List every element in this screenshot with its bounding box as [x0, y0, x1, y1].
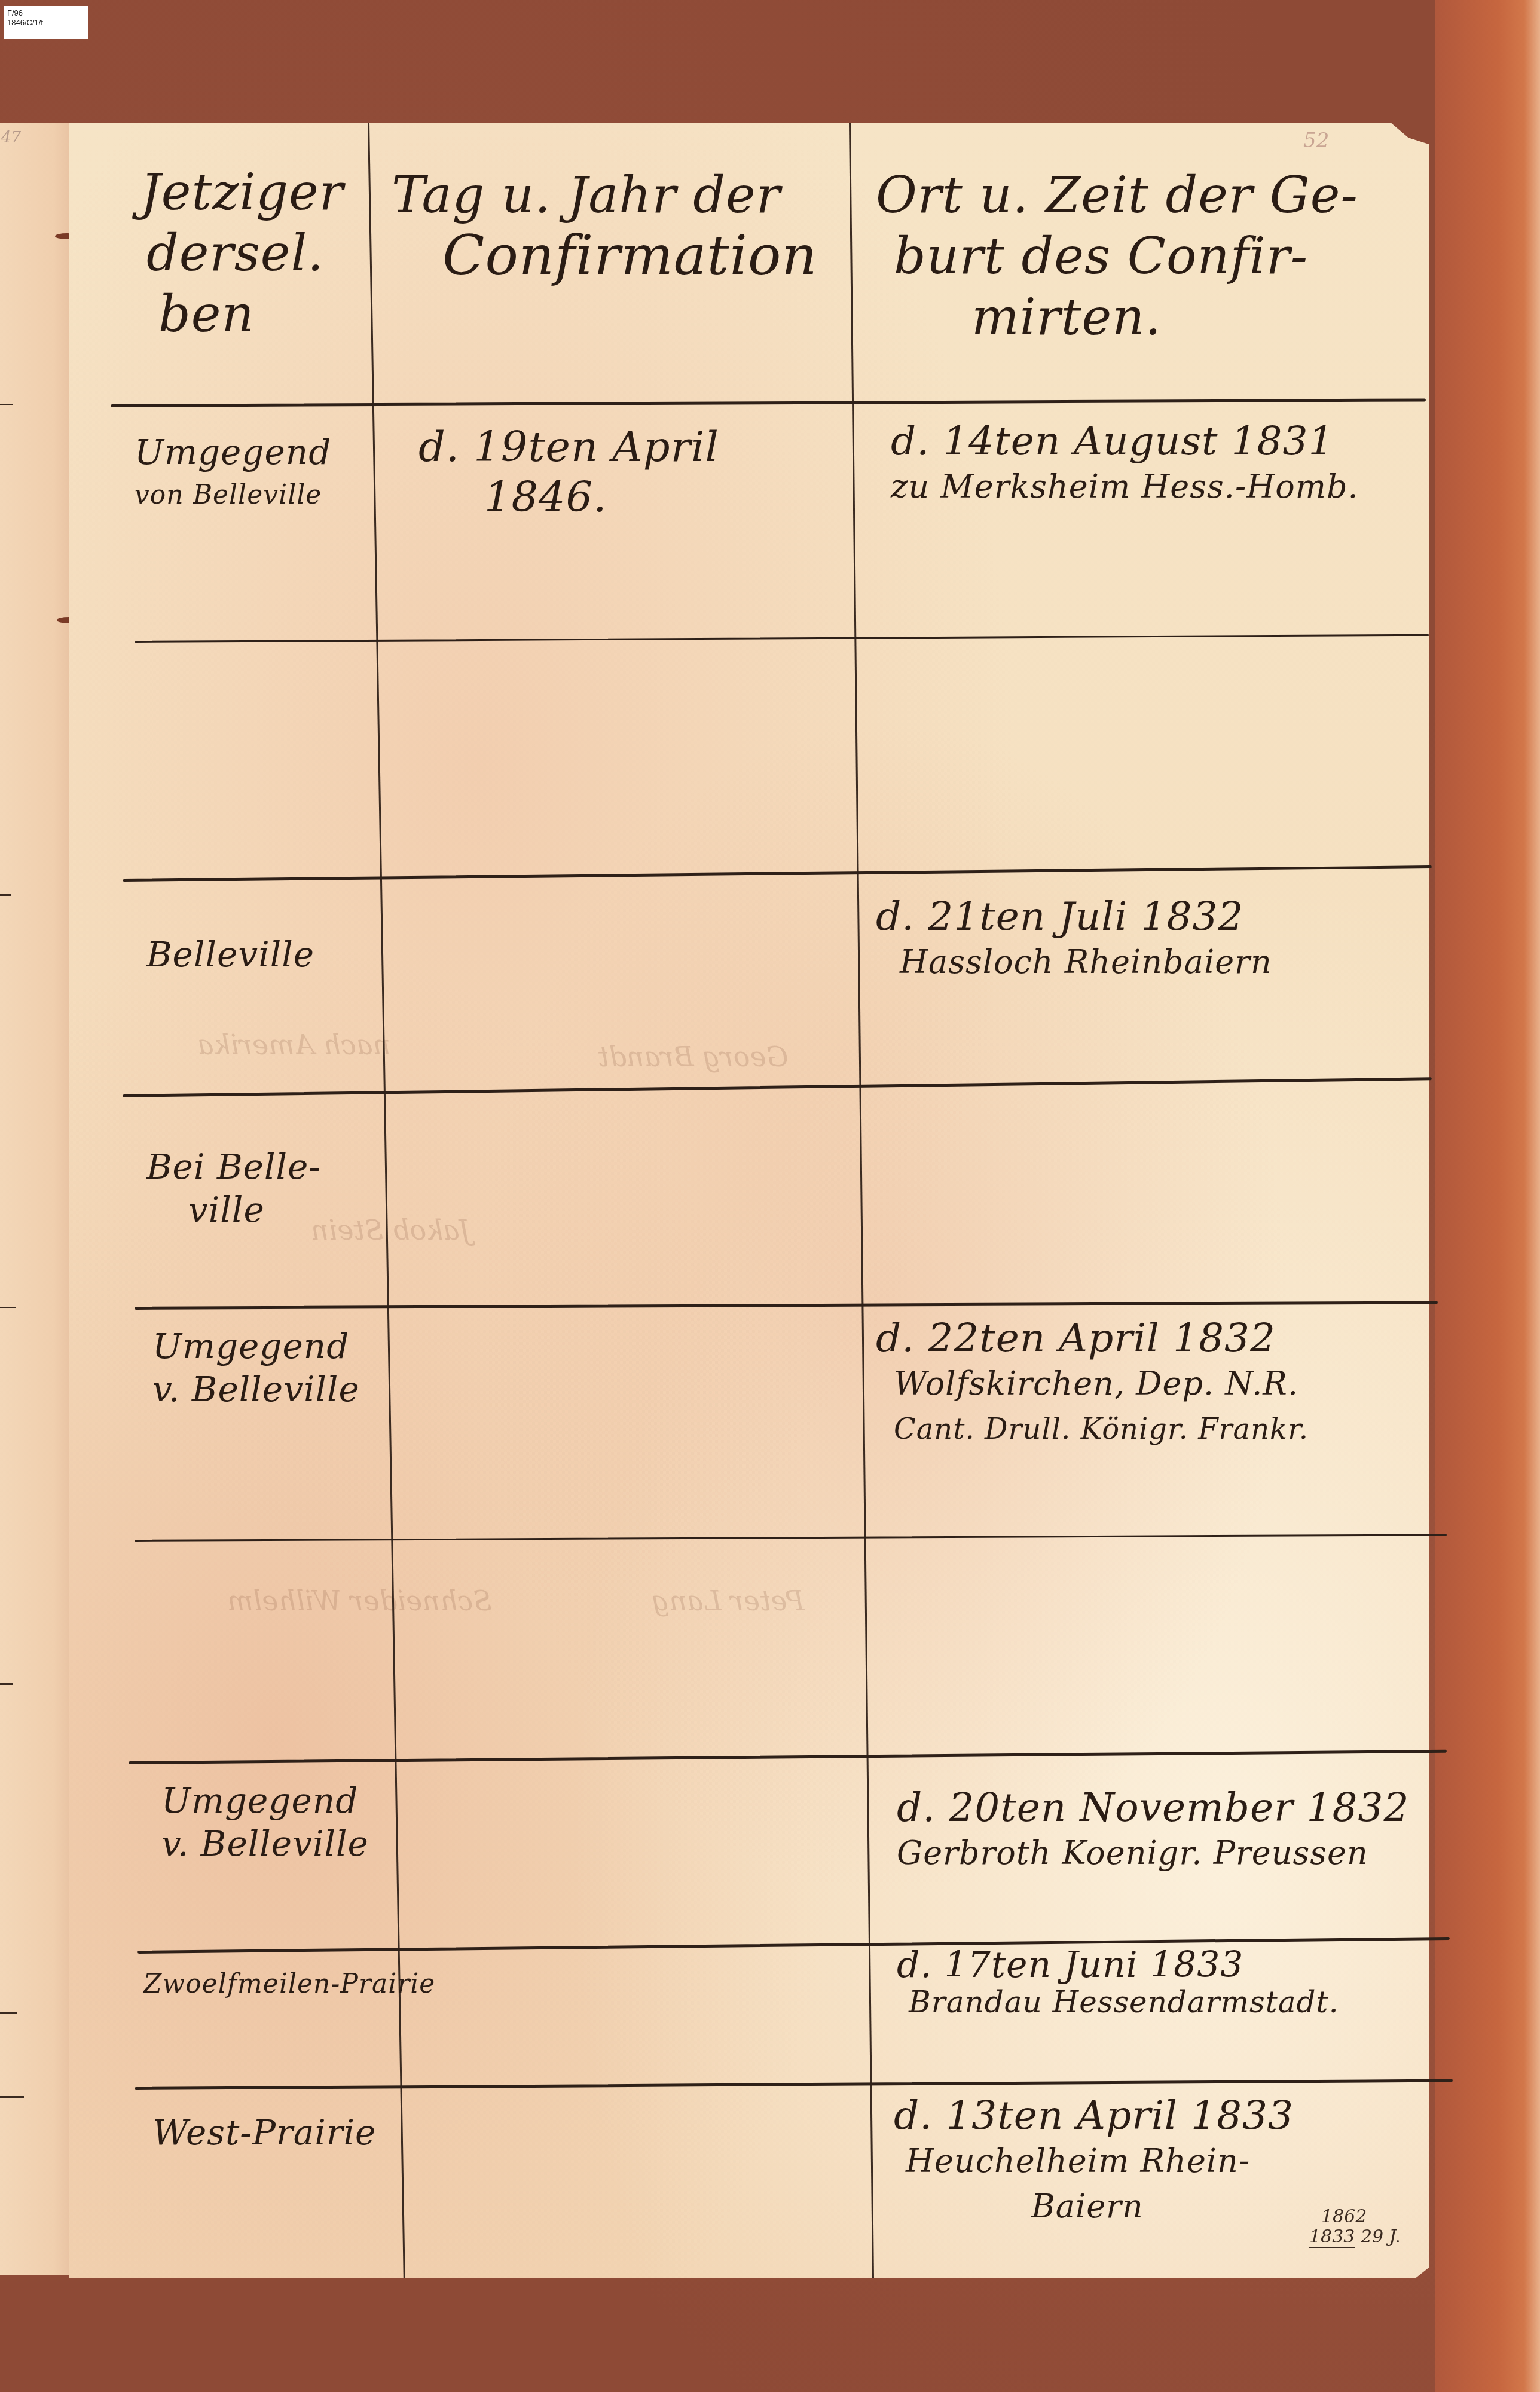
archive-folio: F/96 — [7, 8, 85, 18]
header-line: Tag u. Jahr der — [392, 164, 818, 225]
pencil-line: 1833 — [1309, 2226, 1355, 2248]
cell-line: d. 20ten November 1832 — [897, 1785, 1409, 1830]
previous-page-number: 47 — [1, 129, 21, 147]
ink-mark — [0, 2096, 24, 2098]
row-8-residence: Zwoelfmeilen-Prairie — [143, 1967, 435, 2001]
cell-line: d. 13ten April 1833 — [894, 2093, 1294, 2138]
row-1-birth: d. 14ten August 1831 zu Merksheim Hess.-… — [891, 419, 1359, 509]
cell-line: West-Prairie — [152, 2111, 376, 2154]
cell-line: Baiern — [894, 2184, 1294, 2229]
row-1-residence: Umgegend von Belleville — [135, 431, 331, 517]
cell-line: Umgegend — [161, 1779, 369, 1822]
cell-line: Hassloch Rheinbaiern — [876, 939, 1272, 985]
bleed-through-text: Schneider Wilhelm — [227, 1585, 492, 1617]
header-line: Ort u. Zeit der Ge- — [876, 164, 1358, 225]
cell-line: Bei Belle- — [146, 1145, 321, 1188]
ink-mark — [0, 1683, 13, 1685]
row-7-birth: d. 20ten November 1832 Gerbroth Koenigr.… — [897, 1785, 1409, 1876]
cell-line: Umgegend — [152, 1325, 360, 1368]
cell-line: d. 22ten April 1832 — [876, 1316, 1309, 1361]
row-5-birth: d. 22ten April 1832 Wolfskirchen, Dep. N… — [876, 1316, 1309, 1452]
page-number: 52 — [1303, 129, 1329, 152]
row-5-residence: Umgegend v. Belleville — [152, 1325, 360, 1411]
pencil-age-calculation: 1862 1833 29 J. — [1309, 2207, 1401, 2247]
row-9-residence: West-Prairie — [152, 2111, 376, 2154]
bleed-through-text: Jakob Stein — [311, 1214, 470, 1246]
pencil-line: 1862 — [1309, 2207, 1401, 2227]
cell-line: Umgegend — [135, 431, 331, 474]
cell-line: v. Belleville — [152, 1368, 360, 1411]
ink-mark — [0, 404, 13, 405]
row-8-birth: d. 17ten Juni 1833 Brandau Hessendarmsta… — [897, 1946, 1339, 2021]
row-3-residence: Belleville — [146, 933, 314, 976]
bleed-through-text: Peter Lang — [652, 1585, 804, 1617]
cell-line: ville — [146, 1188, 321, 1231]
header-line: Jetziger — [140, 161, 344, 222]
row-3-birth: d. 21ten Juli 1832 Hassloch Rheinbaiern — [876, 894, 1272, 985]
ink-mark — [0, 2012, 17, 2014]
row-7-residence: Umgegend v. Belleville — [161, 1779, 369, 1865]
cell-line: Wolfskirchen, Dep. N.R. — [876, 1361, 1309, 1406]
header-confirmation-date: Tag u. Jahr der Confirmation — [392, 164, 818, 286]
bleed-through-text: nach Amerika — [197, 1029, 390, 1061]
cell-line: 1846. — [418, 472, 719, 522]
header-line: dersel. — [140, 222, 344, 283]
cell-line: Gerbroth Koenigr. Preussen — [897, 1830, 1409, 1876]
archive-reference: 1846/C/1/f — [7, 18, 85, 28]
header-line: ben — [140, 283, 344, 344]
ink-mark — [0, 894, 11, 896]
archive-reference-label: F/96 1846/C/1/f — [4, 6, 88, 39]
row-4-residence: Bei Belle- ville — [146, 1145, 321, 1231]
row-9-birth: d. 13ten April 1833 Heuchelheim Rhein- B… — [894, 2093, 1294, 2229]
cell-line: Brandau Hessendarmstadt. — [897, 1984, 1339, 2021]
cell-line: Zwoelfmeilen-Prairie — [143, 1967, 435, 2001]
header-line: Confirmation — [392, 225, 818, 286]
pencil-line: 29 J. — [1361, 2226, 1401, 2247]
cell-line: von Belleville — [135, 474, 331, 517]
cell-line: d. 21ten Juli 1832 — [876, 894, 1272, 939]
cell-line: v. Belleville — [161, 1822, 369, 1865]
ink-mark — [0, 1307, 16, 1308]
mounting-board-edge — [1435, 0, 1540, 2392]
cell-line: d. 17ten Juni 1833 — [897, 1946, 1339, 1984]
cell-line: d. 14ten August 1831 — [891, 419, 1359, 464]
header-line: mirten. — [876, 286, 1358, 347]
header-line: burt des Confir- — [876, 225, 1358, 286]
cell-line: Heuchelheim Rhein- — [894, 2138, 1294, 2184]
cell-line: zu Merksheim Hess.-Homb. — [891, 464, 1359, 509]
row-1-confirmation: d. 19ten April 1846. — [418, 422, 719, 522]
header-residence: Jetziger dersel. ben — [140, 161, 344, 344]
cell-line: Belleville — [146, 933, 314, 976]
bleed-through-text: Georg Brandt — [598, 1041, 789, 1073]
header-birth-place-date: Ort u. Zeit der Ge- burt des Confir- mir… — [876, 164, 1358, 347]
cell-line: Cant. Drull. Königr. Frankr. — [876, 1406, 1309, 1452]
cell-line: d. 19ten April — [418, 422, 719, 472]
